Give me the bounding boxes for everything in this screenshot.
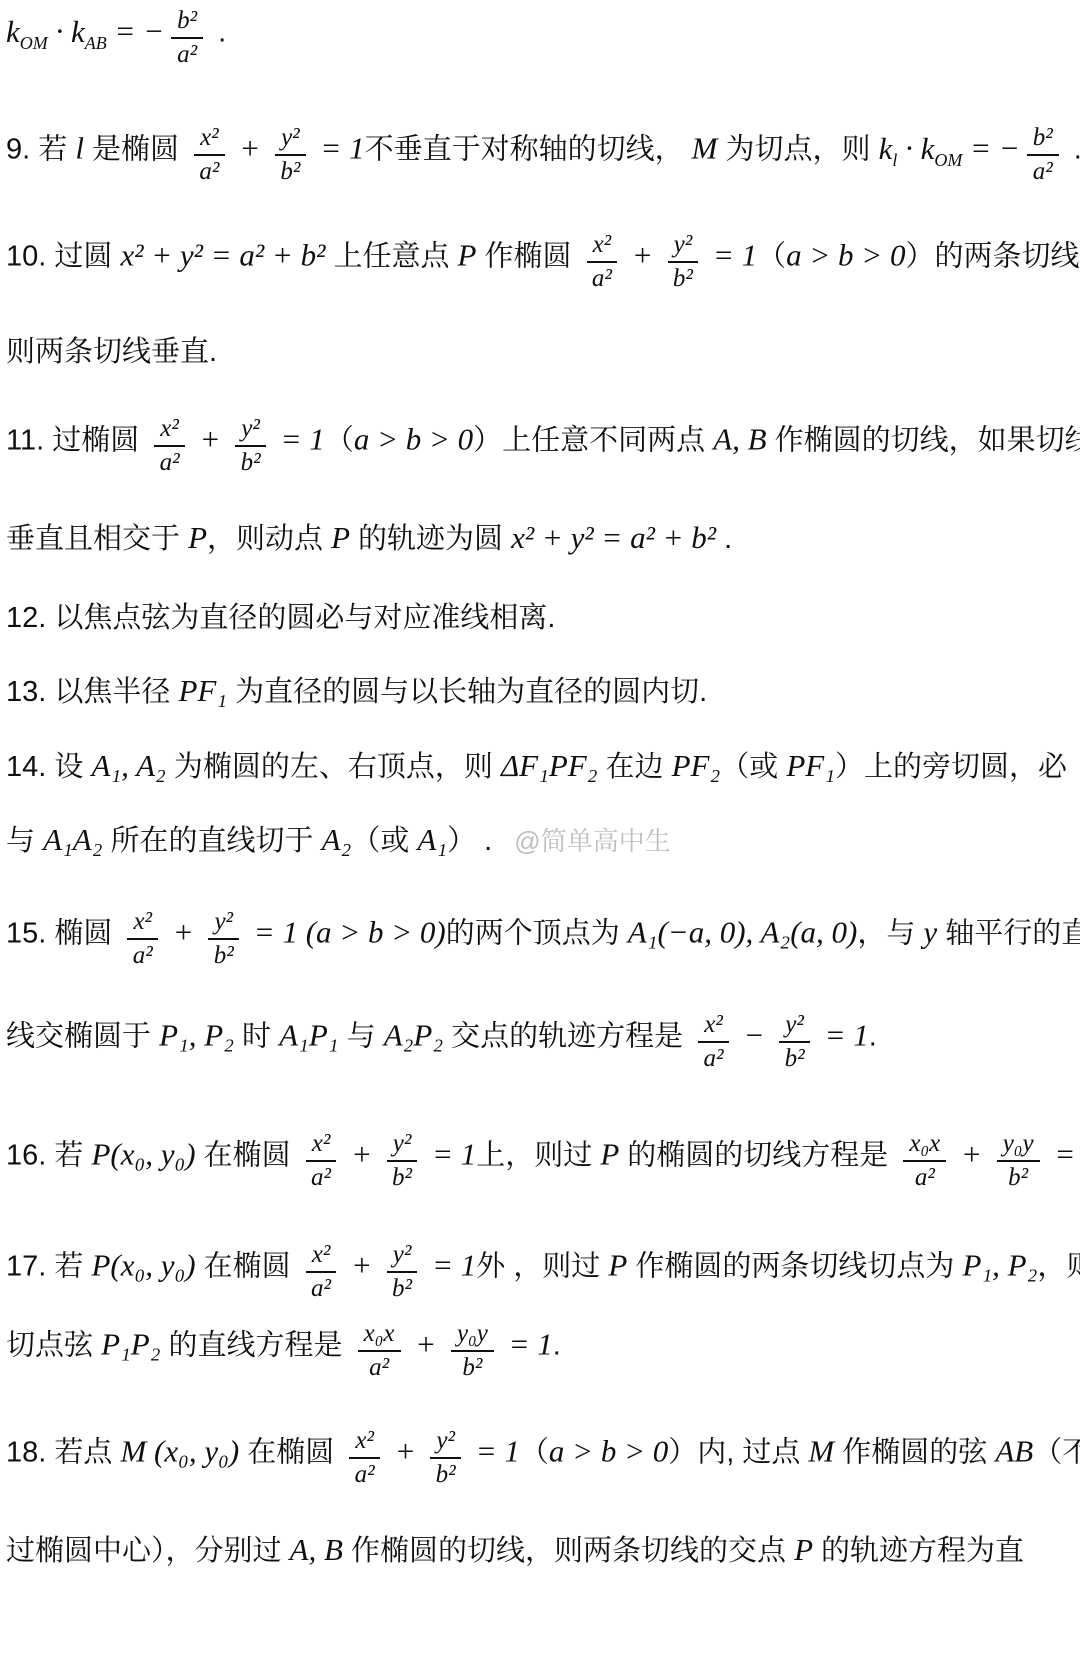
fraction-denominator: b² xyxy=(280,156,300,186)
fraction-numerator: y₀y xyxy=(451,1319,494,1352)
text-run: 与 xyxy=(339,1021,384,1053)
fraction-denominator: b² xyxy=(392,1162,412,1192)
text-run: 14. 设 xyxy=(6,751,91,783)
math-fraction: x²a² xyxy=(587,230,618,293)
math-run: PF₂ xyxy=(672,748,721,783)
math-run: A₁(−a, 0), A₂(a, 0) xyxy=(628,915,858,950)
math-run: = 1 xyxy=(1047,1137,1080,1172)
text-run: 与 xyxy=(6,825,43,857)
math-run: a > b > 0 xyxy=(549,1434,668,1469)
text-run: 则两条切线垂直. xyxy=(6,336,217,368)
text-run: 18. 若点 xyxy=(6,1437,120,1469)
math-run: P₁, P₂ xyxy=(962,1248,1037,1283)
math-fraction: y²b² xyxy=(235,414,266,477)
math-run: = 1 (a > b > 0) xyxy=(246,915,446,950)
fraction-numerator: y² xyxy=(779,1010,810,1043)
fraction-denominator: b² xyxy=(462,1352,482,1382)
document-page: kOM · kAB = −b²a² .9. 若 l 是椭圆 x²a² + y²b… xyxy=(0,0,1080,1571)
math-run: + xyxy=(408,1327,444,1362)
item-17-line-2: 切点弦 P₁P₂ 的直线方程是 x₀xa² + y₀yb² = 1. xyxy=(6,1319,1078,1382)
item-17-line-1: 17. 若 P(x₀, y₀) 在椭圆 x²a² + y²b² = 1外 ，则过… xyxy=(6,1240,1078,1303)
math-base: k xyxy=(6,14,20,49)
math-fraction: x₀xa² xyxy=(358,1319,401,1382)
math-run: − xyxy=(736,1018,772,1053)
math-run: A₂P₂ xyxy=(384,1018,443,1053)
text-run: 在椭圆 xyxy=(196,1140,299,1172)
math-subscripted-symbol: kOM xyxy=(921,128,963,170)
math-fraction: x²a² xyxy=(306,1129,337,1192)
math-run: = 1 xyxy=(424,1248,476,1283)
text-run: 作椭圆的切线，则两条切线的交点 xyxy=(343,1535,794,1567)
text-run: ）内, 过点 xyxy=(668,1437,808,1469)
text-run: 为直径的圆与以长轴为直径的圆内切. xyxy=(227,676,707,708)
text-run: ）的两条切线， xyxy=(905,241,1080,273)
math-run: P₁, P₂ xyxy=(159,1018,234,1053)
text-run: 的椭圆的切线方程是 xyxy=(619,1140,896,1172)
fraction-numerator: y² xyxy=(275,123,306,156)
math-run: A₁A₂ xyxy=(43,822,102,857)
fraction-denominator: a² xyxy=(369,1352,389,1382)
math-run: A, B xyxy=(290,1532,343,1567)
item-9: 9. 若 l 是椭圆 x²a² + y²b² = 1不垂直于对称轴的切线， M … xyxy=(6,123,1078,186)
text-run: . xyxy=(869,1021,877,1053)
text-run: 作椭圆的两条切线切点为 xyxy=(627,1251,962,1283)
text-run: 10. 过圆 xyxy=(6,241,120,273)
math-fraction: y²b² xyxy=(430,1426,461,1489)
math-fraction: x²a² xyxy=(349,1426,380,1489)
fraction-numerator: y² xyxy=(235,414,266,447)
text-run: 在椭圆 xyxy=(239,1437,342,1469)
math-run: A₂ xyxy=(322,822,352,857)
item-14-line-2: 与 A₁A₂ 所在的直线切于 A₂（或 A₁） . @简单高中生 xyxy=(6,819,1078,861)
item-16: 16. 若 P(x₀, y₀) 在椭圆 x²a² + y²b² = 1上，则过 … xyxy=(6,1129,1078,1192)
fraction-denominator: b² xyxy=(673,263,693,293)
text-run: 上任意点 xyxy=(325,241,457,273)
text-run: 在椭圆 xyxy=(196,1251,299,1283)
math-run: = 1 xyxy=(468,1434,520,1469)
math-run: P(x₀, y₀) xyxy=(91,1248,195,1283)
math-fraction: b²a² xyxy=(171,6,203,69)
fraction-numerator: b² xyxy=(1027,123,1059,156)
text-run: 为椭圆的左、右顶点，则 xyxy=(166,751,501,783)
item-15-line-1: 15. 椭圆 x²a² + y²b² = 1 (a > b > 0)的两个顶点为… xyxy=(6,907,1078,970)
math-run: + xyxy=(232,131,268,166)
math-run: A₁P₁ xyxy=(279,1018,338,1053)
watermark: @简单高中生 xyxy=(514,826,670,856)
fraction-numerator: x² xyxy=(127,907,158,940)
text-run: 过椭圆中心），分别过 xyxy=(6,1535,290,1567)
fraction-denominator: a² xyxy=(915,1162,935,1192)
math-run: l xyxy=(75,131,84,166)
document-content: kOM · kAB = −b²a² .9. 若 l 是椭圆 x²a² + y²b… xyxy=(6,6,1078,1571)
text-run: ，则动点 xyxy=(207,523,331,555)
math-fraction: x²a² xyxy=(306,1240,337,1303)
math-run: + xyxy=(343,1137,379,1172)
text-run: 轴平行的直 xyxy=(937,918,1080,950)
fraction-denominator: b² xyxy=(214,940,234,970)
math-run: P(x₀, y₀) xyxy=(91,1137,195,1172)
fraction-denominator: a² xyxy=(704,1043,724,1073)
math-run: = 1 xyxy=(705,238,757,273)
math-subscripted-symbol: kAB xyxy=(71,11,107,53)
math-run: + xyxy=(953,1137,989,1172)
fraction-denominator: b² xyxy=(785,1043,805,1073)
math-run: PF₁ xyxy=(786,748,835,783)
math-subscript: OM xyxy=(20,33,48,53)
text-run: 13. 以焦半径 xyxy=(6,676,178,708)
math-base: k xyxy=(879,131,893,166)
text-run: （或 xyxy=(351,825,417,857)
math-run: P xyxy=(794,1532,813,1567)
fraction-numerator: y² xyxy=(387,1240,418,1273)
text-run: 上，则过 xyxy=(476,1140,600,1172)
math-run: ΔF₁PF₂ xyxy=(501,748,598,783)
math-run: + xyxy=(387,1434,423,1469)
text-run: 11. 过椭圆 xyxy=(6,425,147,457)
fraction-denominator: a² xyxy=(355,1459,375,1489)
math-run: P xyxy=(600,1137,619,1172)
text-run: 时 xyxy=(234,1021,279,1053)
math-run: a > b > 0 xyxy=(786,238,905,273)
math-run: + xyxy=(165,915,201,950)
math-run: x² + y² = a² + b² xyxy=(120,238,325,273)
formula-kom-kab: kOM · kAB = −b²a² . xyxy=(6,6,1078,69)
fraction-numerator: y₀y xyxy=(997,1129,1040,1162)
math-run: = − xyxy=(107,14,164,49)
math-run: = 1 xyxy=(817,1018,869,1053)
text-run: （ xyxy=(520,1437,549,1469)
item-10-line-2: 则两条切线垂直. xyxy=(6,333,1078,372)
fraction-denominator: a² xyxy=(592,263,612,293)
fraction-denominator: a² xyxy=(199,156,219,186)
math-subscript: AB xyxy=(85,33,107,53)
text-run: 切点弦 xyxy=(6,1330,101,1362)
math-fraction: x²a² xyxy=(698,1010,729,1073)
math-fraction: y²b² xyxy=(387,1240,418,1303)
math-run: y xyxy=(923,915,937,950)
fraction-numerator: x² xyxy=(154,414,185,447)
math-subscript: OM xyxy=(934,150,962,170)
text-run: 在边 xyxy=(598,751,672,783)
math-run: + xyxy=(343,1248,379,1283)
text-run: 17. 若 xyxy=(6,1251,91,1283)
math-run: AB xyxy=(995,1434,1033,1469)
text-run: 垂直且相交于 xyxy=(6,523,188,555)
text-run: 交点的轨迹方程是 xyxy=(443,1021,691,1053)
math-run: P xyxy=(458,238,477,273)
fraction-denominator: b² xyxy=(392,1273,412,1303)
math-run: M xyxy=(692,131,718,166)
fraction-denominator: b² xyxy=(241,447,261,477)
item-11-line-2: 垂直且相交于 P，则动点 P 的轨迹为圆 x² + y² = a² + b² . xyxy=(6,517,1078,559)
text-run: （或 xyxy=(720,751,786,783)
math-run: P xyxy=(608,1248,627,1283)
fraction-numerator: x² xyxy=(306,1240,337,1273)
math-run: = − xyxy=(962,131,1019,166)
fraction-numerator: x₀x xyxy=(903,1129,946,1162)
fraction-numerator: x² xyxy=(698,1010,729,1043)
text-run: . xyxy=(210,17,226,49)
math-run: a > b > 0 xyxy=(354,422,473,457)
item-11-line-1: 11. 过椭圆 x²a² + y²b² = 1（a > b > 0）上任意不同两… xyxy=(6,414,1078,477)
text-run: 16. 若 xyxy=(6,1140,91,1172)
item-12: 12. 以焦点弦为直径的圆必与对应准线相离. xyxy=(6,599,1078,638)
fraction-numerator: x² xyxy=(587,230,618,263)
fraction-denominator: a² xyxy=(311,1273,331,1303)
fraction-denominator: b² xyxy=(1008,1162,1028,1192)
math-fraction: y₀yb² xyxy=(997,1129,1040,1192)
text-run: 的轨迹为圆 xyxy=(350,523,511,555)
math-fraction: x²a² xyxy=(127,907,158,970)
math-fraction: b²a² xyxy=(1027,123,1059,186)
item-14-line-1: 14. 设 A₁, A₂ 为椭圆的左、右顶点，则 ΔF₁PF₂ 在边 PF₂（或… xyxy=(6,745,1078,787)
math-run: P xyxy=(331,520,350,555)
math-run: + xyxy=(624,238,660,273)
text-run: . xyxy=(1066,134,1080,166)
text-run: 的直线方程是 xyxy=(161,1330,351,1362)
math-run: · xyxy=(897,131,920,166)
math-run: = 1 xyxy=(313,131,365,166)
math-run: = 1 xyxy=(501,1327,553,1362)
fraction-numerator: b² xyxy=(171,6,203,39)
math-fraction: y²b² xyxy=(208,907,239,970)
fraction-denominator: a² xyxy=(311,1162,331,1192)
text-run: 12. 以焦点弦为直径的圆必与对应准线相离. xyxy=(6,602,555,634)
math-fraction: y²b² xyxy=(779,1010,810,1073)
math-run: + xyxy=(192,422,228,457)
text-run: ）上任意不同两点 xyxy=(473,425,713,457)
math-fraction: y²b² xyxy=(275,123,306,186)
text-run: ） . xyxy=(447,825,500,857)
math-fraction: y²b² xyxy=(387,1129,418,1192)
math-run: · xyxy=(48,14,71,49)
text-run: 的轨迹方程为直 xyxy=(813,1535,1024,1567)
fraction-denominator: b² xyxy=(436,1459,456,1489)
math-run: A, B xyxy=(713,422,766,457)
math-run: P xyxy=(188,520,207,555)
fraction-denominator: a² xyxy=(160,447,180,477)
item-18-line-1: 18. 若点 M (x₀, y₀) 在椭圆 x²a² + y²b² = 1（a … xyxy=(6,1426,1078,1489)
text-run: 15. 椭圆 xyxy=(6,918,120,950)
text-run: 外 ，则过 xyxy=(476,1251,608,1283)
math-run: A₁, A₂ xyxy=(91,748,165,783)
text-run: 不垂直于对称轴的切线， xyxy=(365,134,692,166)
math-run: = 1 xyxy=(424,1137,476,1172)
text-run: 线交椭圆于 xyxy=(6,1021,159,1053)
text-run: 9. 若 xyxy=(6,134,75,166)
math-fraction: y₀yb² xyxy=(451,1319,494,1382)
fraction-denominator: a² xyxy=(133,940,153,970)
text-run: ）上的旁切圆，必 xyxy=(835,751,1067,783)
text-run: （ xyxy=(325,425,354,457)
math-fraction: y²b² xyxy=(668,230,699,293)
text-run: 是椭圆 xyxy=(84,134,187,166)
math-run: M xyxy=(808,1434,834,1469)
fraction-numerator: x₀x xyxy=(358,1319,401,1352)
text-run: ，则 xyxy=(1037,1251,1080,1283)
item-10-line-1: 10. 过圆 x² + y² = a² + b² 上任意点 P 作椭圆 x²a²… xyxy=(6,230,1078,293)
math-subscripted-symbol: kOM xyxy=(6,11,48,53)
text-run: （不 xyxy=(1033,1437,1080,1469)
text-run: ，与 xyxy=(857,918,923,950)
item-15-line-2: 线交椭圆于 P₁, P₂ 时 A₁P₁ 与 A₂P₂ 交点的轨迹方程是 x²a²… xyxy=(6,1010,1078,1073)
fraction-numerator: y² xyxy=(668,230,699,263)
fraction-denominator: a² xyxy=(1033,156,1053,186)
math-fraction: x₀xa² xyxy=(903,1129,946,1192)
math-fraction: x²a² xyxy=(194,123,225,186)
text-run: 作椭圆 xyxy=(476,241,579,273)
fraction-numerator: x² xyxy=(194,123,225,156)
math-run: M (x₀, y₀) xyxy=(120,1434,239,1469)
math-base: k xyxy=(71,14,85,49)
text-run: 的两个顶点为 xyxy=(446,918,628,950)
text-run: （ xyxy=(757,241,786,273)
math-subscripted-symbol: kl xyxy=(879,128,898,170)
math-run: P₁P₂ xyxy=(101,1327,160,1362)
math-run: x² + y² = a² + b² xyxy=(511,520,716,555)
fraction-numerator: y² xyxy=(430,1426,461,1459)
fraction-numerator: y² xyxy=(387,1129,418,1162)
text-run: . xyxy=(716,523,732,555)
math-base: k xyxy=(921,131,935,166)
fraction-numerator: x² xyxy=(306,1129,337,1162)
item-18-line-2: 过椭圆中心），分别过 A, B 作椭圆的切线，则两条切线的交点 P 的轨迹方程为… xyxy=(6,1529,1078,1571)
text-run: 作椭圆的切线，如果切线 xyxy=(767,425,1080,457)
text-run: 所在的直线切于 xyxy=(103,825,322,857)
text-run: . xyxy=(553,1330,561,1362)
fraction-numerator: x² xyxy=(349,1426,380,1459)
fraction-numerator: y² xyxy=(208,907,239,940)
math-run: = 1 xyxy=(273,422,325,457)
fraction-denominator: a² xyxy=(177,39,197,69)
math-run: PF₁ xyxy=(178,673,227,708)
math-run: A₁ xyxy=(417,822,447,857)
text-run: 为切点，则 xyxy=(717,134,878,166)
math-fraction: x²a² xyxy=(154,414,185,477)
text-run: 作椭圆的弦 xyxy=(834,1437,995,1469)
item-13: 13. 以焦半径 PF₁ 为直径的圆与以长轴为直径的圆内切. xyxy=(6,670,1078,712)
